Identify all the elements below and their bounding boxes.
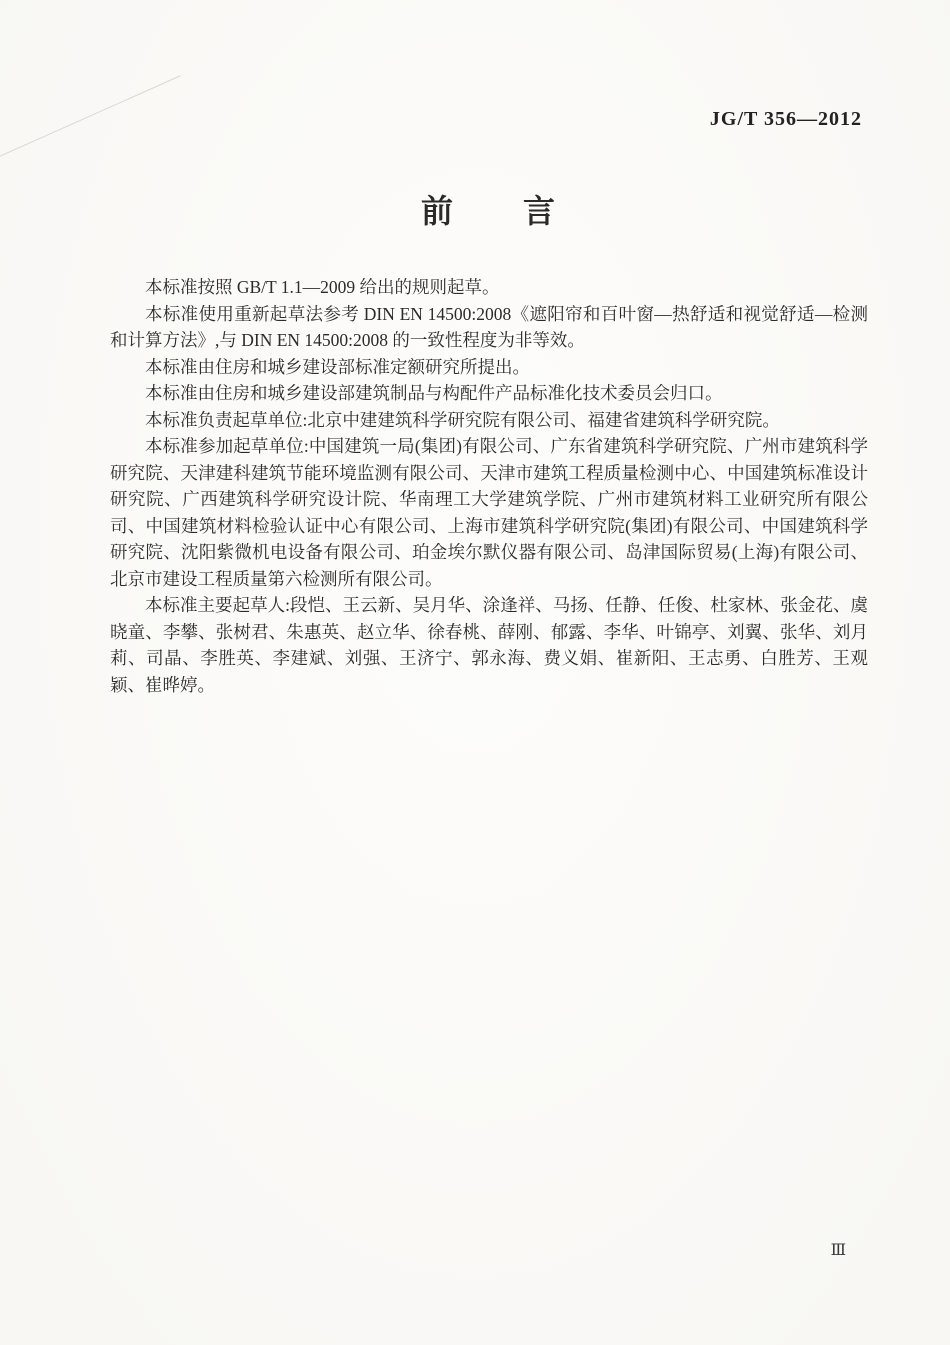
scan-artifact-line xyxy=(0,75,181,165)
foreword-paragraph-proposed-by: 本标准由住房和城乡建设部标准定额研究所提出。 xyxy=(110,354,868,381)
page-number: Ⅲ xyxy=(831,1240,846,1260)
foreword-title: 前 言 xyxy=(110,186,868,232)
foreword-paragraph-chief-drafting-organizations: 本标准负责起草单位:北京中建建筑科学研究院有限公司、福建省建筑科学研究院。 xyxy=(110,407,868,434)
scanned-document-page: JG/T 356—2012 前 言 本标准按照 GB/T 1.1—2009 给出… xyxy=(0,0,950,1345)
foreword-body: 本标准按照 GB/T 1.1—2009 给出的规则起草。 本标准使用重新起草法参… xyxy=(110,274,868,698)
foreword-paragraph-chief-drafters: 本标准主要起草人:段恺、王云新、吴月华、涂逢祥、马扬、任静、任俊、杜家林、张金花… xyxy=(110,592,868,698)
foreword-paragraph-reference-standard: 本标准使用重新起草法参考 DIN EN 14500:2008《遮阳帘和百叶窗—热… xyxy=(110,301,868,354)
foreword-paragraph-centralized-by: 本标准由住房和城乡建设部建筑制品与构配件产品标准化技术委员会归口。 xyxy=(110,380,868,407)
foreword-paragraph-participating-organizations: 本标准参加起草单位:中国建筑一局(集团)有限公司、广东省建筑科学研究院、广州市建… xyxy=(110,433,868,592)
standard-code-header: JG/T 356—2012 xyxy=(710,108,862,131)
foreword-paragraph-drafting-rules: 本标准按照 GB/T 1.1—2009 给出的规则起草。 xyxy=(110,274,868,301)
